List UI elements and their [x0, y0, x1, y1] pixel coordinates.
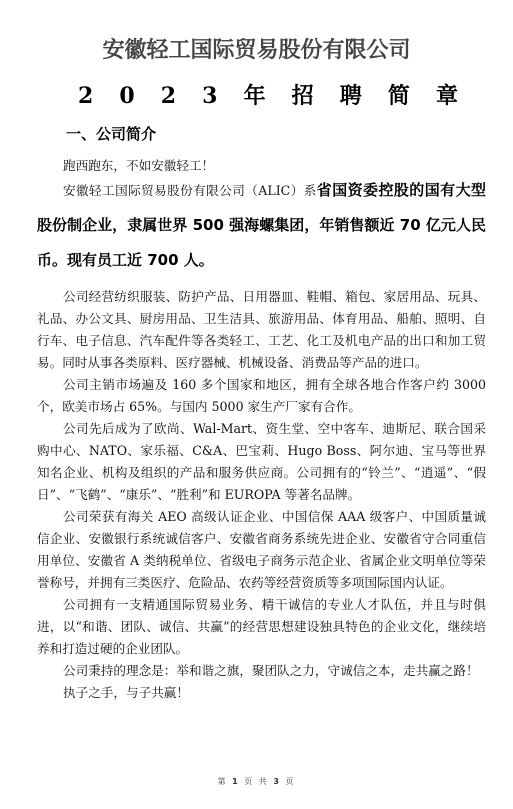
paragraph-philosophy: 公司秉持的理念是：举和谐之旗，聚团队之力，守诚信之本，走共赢之路！ — [37, 660, 486, 682]
paragraph-closing: 执子之手，与子共赢！ — [37, 682, 486, 704]
title-char: 招 — [292, 81, 314, 111]
title-char: 2 — [161, 81, 176, 111]
document-page: 安徽轻工国际贸易股份有限公司 2 0 2 3 年 招 聘 简 章 一、公司简介 … — [0, 0, 513, 809]
footer-prefix: 第 — [218, 777, 228, 786]
total-pages-number: 3 — [273, 777, 281, 786]
title-char: 0 — [119, 81, 134, 111]
body-text: 跑西跑东，不如安徽轻工！ 安徽轻工国际贸易股份有限公司（ALIC）系省国资委控股… — [37, 155, 486, 704]
current-page-number: 1 — [232, 777, 240, 786]
section-heading-company-intro: 一、公司简介 — [66, 124, 156, 144]
title-char: 2 — [78, 81, 93, 111]
title-char: 年 — [244, 81, 266, 111]
footer-suffix: 页 — [285, 777, 295, 786]
company-name-header: 安徽轻工国际贸易股份有限公司 — [0, 38, 513, 64]
title-char: 简 — [388, 81, 410, 111]
intro-paragraph: 安徽轻工国际贸易股份有限公司（ALIC）系省国资委控股的国有大型股份制企业，隶属… — [37, 173, 486, 278]
footer-middle: 页 共 — [244, 777, 269, 786]
page-footer: 第 1 页 共 3 页 — [0, 776, 513, 787]
title-char: 聘 — [340, 81, 362, 111]
paragraph-team-culture: 公司拥有一支精通国际贸易业务、精干诚信的专业人才队伍，并且与时俱进，以“和谐、团… — [37, 594, 486, 660]
paragraph-business-scope: 公司经营纺织服装、防护产品、日用器皿、鞋帽、箱包、家居用品、玩具、礼品、办公文具… — [37, 286, 486, 374]
title-char: 3 — [202, 81, 217, 111]
title-char: 章 — [436, 81, 458, 111]
document-title: 2 0 2 3 年 招 聘 简 章 — [78, 81, 458, 111]
paragraph-markets: 公司主销市场遍及 160 多个国家和地区，拥有全球各地合作客户约 3000 个，… — [37, 374, 486, 418]
intro-plain-text: 安徽轻工国际贸易股份有限公司（ALIC）系 — [63, 183, 317, 198]
paragraph-honors: 公司荣获有海关 AEO 高级认证企业、中国信保 AAA 级客户、中国质量诚信企业… — [37, 506, 486, 594]
paragraph-clients-brands: 公司先后成为了欧尚、Wal-Mart、资生堂、空中客车、迪斯尼、联合国采购中心、… — [37, 418, 486, 506]
